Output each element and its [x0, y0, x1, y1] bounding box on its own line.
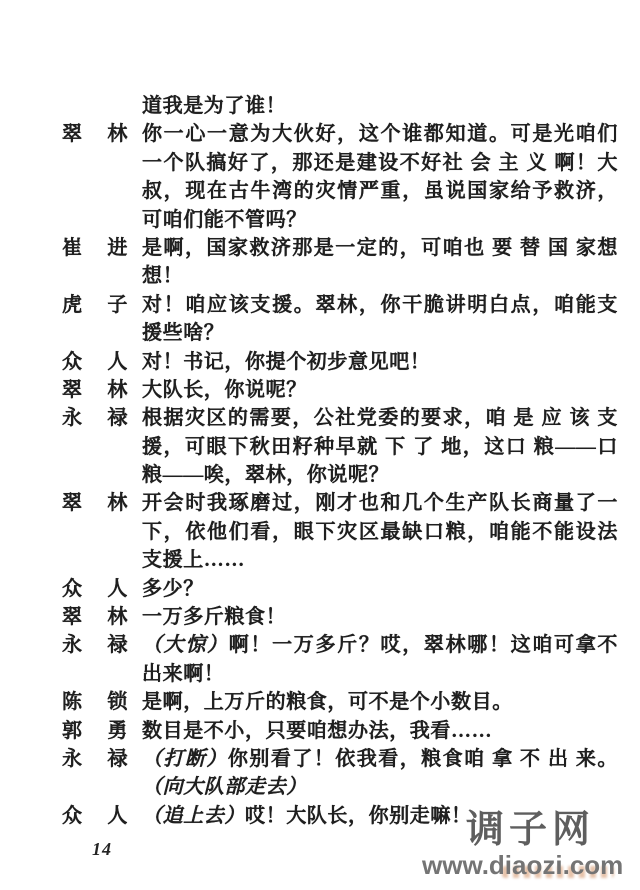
dialogue-text: 你一心一意为大伙好，这个谁都知道。可是光咱们 [142, 120, 618, 148]
script-line: 永 禄根据灾区的需要，公社党委的要求，咱 是 应 该 支 [0, 404, 640, 432]
script-line: 道我是为了谁！ [0, 92, 640, 120]
script-line: 翠 林你一心一意为大伙好，这个谁都知道。可是光咱们 [0, 120, 640, 148]
speaker-name: 永 禄 [62, 631, 128, 659]
speaker-name [62, 177, 128, 205]
script-line: 出来啊！ [0, 660, 640, 688]
speaker-name [62, 546, 128, 574]
speaker-name: 翠 林 [62, 376, 128, 404]
speaker-name: 永 禄 [62, 745, 128, 773]
dialogue-text: 道我是为了谁！ [142, 92, 618, 120]
script-line: 永 禄（打断）你别看了！依我看，粮食咱 拿 不 出 来。 [0, 745, 640, 773]
speaker-name [62, 461, 128, 489]
script-line: （向大队部走去） [0, 773, 640, 801]
script-line: 叔，现在古牛湾的灾情严重，虽说国家给予救济， [0, 177, 640, 205]
script-line: 援，可眼下秋田籽种早就 下 了 地，这口 粮——口 [0, 433, 640, 461]
script-line: 虎 子对！咱应该支援。翠林，你干脆讲明白点，咱能支 [0, 291, 640, 319]
script-line: 陈 锁是啊，上万斤的粮食，可不是个小数目。 [0, 688, 640, 716]
script-line: 一个队搞好了，那还是建设不好社 会 主 义 啊！大 [0, 149, 640, 177]
speaker-name: 崔 进 [62, 234, 128, 262]
speaker-name [62, 773, 128, 801]
speaker-name: 众 人 [62, 575, 128, 603]
dialogue-text: 下，依他们看，眼下灾区最缺口粮，咱能不能设法 [142, 518, 618, 546]
script-line: 想！ [0, 262, 640, 290]
dialogue-text: 开会时我琢磨过，刚才也和几个生产队长商量了一 [142, 489, 618, 517]
speaker-name: 虎 子 [62, 291, 128, 319]
dialogue-text: 可咱们能不管吗？ [142, 206, 618, 234]
script-line: 翠 林大队长，你说呢？ [0, 376, 640, 404]
stage-direction: （打断） [142, 748, 228, 770]
script-line: 众 人多少？ [0, 575, 640, 603]
speaker-name: 陈 锁 [62, 688, 128, 716]
dialogue-text: 出来啊！ [142, 660, 618, 688]
dialogue-text: 一个队搞好了，那还是建设不好社 会 主 义 啊！大 [142, 149, 618, 177]
dialogue-text: 一万多斤粮食！ [142, 603, 618, 631]
script-line: 支援上…… [0, 546, 640, 574]
script-line: 崔 进是啊，国家救济那是一定的，可咱也 要 替 国 家想 [0, 234, 640, 262]
script-line: 郭 勇数目是不小，只要咱想办法，我看…… [0, 717, 640, 745]
speaker-name [62, 660, 128, 688]
speaker-name [62, 433, 128, 461]
dialogue-text: 援些啥？ [142, 319, 618, 347]
dialogue-text: 支援上…… [142, 546, 618, 574]
dialogue-text: 叔，现在古牛湾的灾情严重，虽说国家给予救济， [142, 177, 618, 205]
watermark-site-url: www.diaozi.com [422, 852, 623, 878]
dialogue-text: （打断）你别看了！依我看，粮食咱 拿 不 出 来。 [142, 745, 618, 773]
script-line: 粮——唉，翠林，你说呢？ [0, 461, 640, 489]
dialogue-text: 粮——唉，翠林，你说呢？ [142, 461, 618, 489]
script-line: 翠 林一万多斤粮食！ [0, 603, 640, 631]
dialogue-text: （大惊）啊！一万多斤？哎，翠林哪！这咱可拿不 [142, 631, 618, 659]
script-line: 下，依他们看，眼下灾区最缺口粮，咱能不能设法 [0, 518, 640, 546]
script-line: 永 禄（大惊）啊！一万多斤？哎，翠林哪！这咱可拿不 [0, 631, 640, 659]
speaker-name: 众 人 [62, 802, 128, 830]
stage-direction: （向大队部走去） [142, 776, 307, 798]
speaker-name: 翠 林 [62, 120, 128, 148]
dialogue-text: 想！ [142, 262, 618, 290]
speaker-name: 郭 勇 [62, 717, 128, 745]
dialogue-text: 根据灾区的需要，公社党委的要求，咱 是 应 该 支 [142, 404, 618, 432]
speaker-name [62, 206, 128, 234]
dialogue-text: 是啊，国家救济那是一定的，可咱也 要 替 国 家想 [142, 234, 618, 262]
speaker-name: 翠 林 [62, 489, 128, 517]
scanned-page: 道我是为了谁！翠 林你一心一意为大伙好，这个谁都知道。可是光咱们一个队搞好了，那… [0, 0, 640, 890]
watermark-site-name: 调子网 [466, 811, 595, 849]
dialogue-text: 多少？ [142, 575, 618, 603]
dialogue-text: 大队长，你说呢？ [142, 376, 618, 404]
speaker-name [62, 92, 128, 120]
script-line: 翠 林开会时我琢磨过，刚才也和几个生产队长商量了一 [0, 489, 640, 517]
dialogue-text: 援，可眼下秋田籽种早就 下 了 地，这口 粮——口 [142, 433, 618, 461]
stage-direction: （追上去） [142, 805, 245, 827]
script-line: 可咱们能不管吗？ [0, 206, 640, 234]
dialogue-text: 是啊，上万斤的粮食，可不是个小数目。 [142, 688, 618, 716]
script-line: 众 人对！书记，你提个初步意见吧！ [0, 348, 640, 376]
script-line: 援些啥？ [0, 319, 640, 347]
script-text: 道我是为了谁！翠 林你一心一意为大伙好，这个谁都知道。可是光咱们一个队搞好了，那… [0, 92, 640, 830]
dialogue-text: 对！咱应该支援。翠林，你干脆讲明白点，咱能支 [142, 291, 618, 319]
stage-direction: （大惊） [142, 634, 229, 656]
dialogue-text: （向大队部走去） [142, 773, 618, 801]
page-number: 14 [92, 839, 112, 860]
speaker-name [62, 518, 128, 546]
speaker-name: 翠 林 [62, 603, 128, 631]
speaker-name [62, 262, 128, 290]
speaker-name: 众 人 [62, 348, 128, 376]
dialogue-text: 数目是不小，只要咱想办法，我看…… [142, 717, 618, 745]
speaker-name [62, 149, 128, 177]
speaker-name [62, 319, 128, 347]
speaker-name: 永 禄 [62, 404, 128, 432]
dialogue-text: 对！书记，你提个初步意见吧！ [142, 348, 618, 376]
